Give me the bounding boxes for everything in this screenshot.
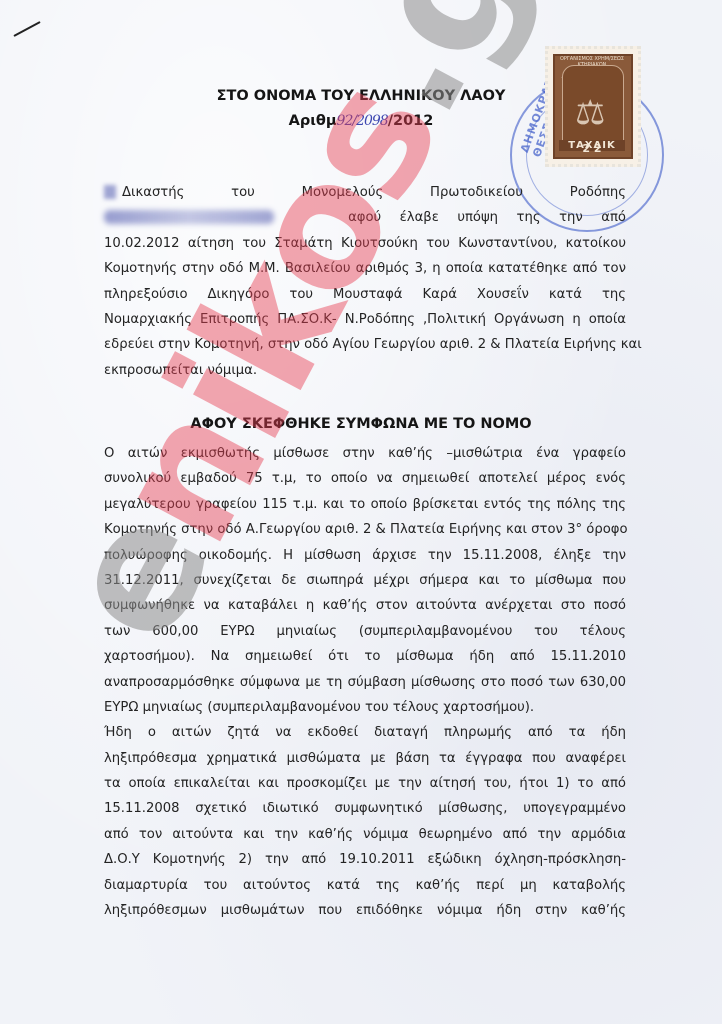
text-line: ληξιπρόθεσμων μισθωμάτων που επιδόθηκε ν… (104, 898, 626, 923)
text-line: Κομοτηνής στην οδό Μ.Μ. Βασιλείου αριθμό… (104, 256, 626, 281)
text-line: 10.02.2012 αίτηση του Σταμάτη Κιουτσούκη… (104, 231, 626, 256)
text-line: των 600,00 ΕΥΡΩ μηνιαίως (συμπεριλαμβανο… (104, 619, 626, 644)
text-line: τα οποία επικαλείται και προσκομίζει με … (104, 771, 626, 796)
text-line: από τον αιτούντα και την καθ’ής νόμιμα θ… (104, 822, 626, 847)
text-line: Δικαστής του Μονομελούς Πρωτοδικείου Ροδ… (104, 180, 626, 205)
text-line: διαμαρτυρία του αιτούντος κατά της καθ’ή… (104, 873, 626, 898)
text-line: αφού έλαβε υπόψη της την από (104, 205, 626, 230)
handwritten-number: 92/2098 (337, 113, 388, 129)
redacted-article (104, 185, 116, 199)
text-line: Νομαρχιακής Επιτροπής ΠΑ.ΣΟ.Κ- Ν.Ροδόπης… (104, 307, 626, 332)
number-prefix: Αριθμ (289, 113, 337, 129)
scanned-document-page: ΔΗΜΟΚΡΑΤΙΑ ΘΕΣΣΑΛΟΝΙΚΗΣ ΟΡΓΑΝΙΣΜΟΣ ΧΡΗΜ/… (0, 0, 722, 1024)
text-line: ΕΥΡΩ μηνιαίως (συμπεριλαμβανομένου του τ… (104, 695, 626, 720)
document-number: Αριθμ92/2098/2012 (0, 113, 722, 129)
number-suffix: /2012 (388, 113, 434, 129)
text-line: συμφωνήθηκε να καταβάλει η καθ’ής στον α… (104, 593, 626, 618)
text-line: Ο αιτών εκμισθωτής μίσθωσε στην καθ’ής –… (104, 441, 626, 466)
text-line: Ήδη ο αιτών ζητά να εκδοθεί διαταγή πληρ… (104, 720, 626, 745)
text-line: εκπροσωπείται νόμιμα. (104, 358, 626, 383)
text-line: ληξιπρόθεσμα χρηματικά μισθώματα με βάση… (104, 746, 626, 771)
revenue-stamp: ΟΡΓΑΝΙΣΜΟΣ ΧΡΗΜ/ΣΕΩΣ ΚΤΗΡΙΑΚΩΝ ΕΓΚΑΤΑΣΤΑ… (545, 46, 641, 167)
text-line: 15.11.2008 σχετικό ιδιωτικό συμφωνητικό … (104, 796, 626, 821)
text-line: Κομοτηνής στην οδό Α.Γεωργίου αριθ. 2 & … (104, 517, 626, 542)
text-line: χαρτοσήμου). Να σημειωθεί ότι το μίσθωμα… (104, 644, 626, 669)
section-title: ΑΦΟΥ ΣΚΕΦΘΗΚΕ ΣΥΜΦΩΝΑ ΜΕ ΤΟ ΝΟΜΟ (0, 416, 722, 432)
stamp-face: ΟΡΓΑΝΙΣΜΟΣ ΧΡΗΜ/ΣΕΩΣ ΚΤΗΡΙΑΚΩΝ ΕΓΚΑΤΑΣΤΑ… (553, 54, 633, 159)
pen-mark (13, 21, 40, 37)
text-line: πληρεξούσιο Δικηγόρο του Μουσταφά Καρά Χ… (104, 282, 626, 307)
stamp-value: 2 2 (559, 142, 625, 155)
text-line: συνολικού εμβαδού 75 τ.μ, το οποίο να ση… (104, 466, 626, 491)
paragraph-intro: Δικαστής του Μονομελούς Πρωτοδικείου Ροδ… (104, 180, 626, 383)
document-heading: ΣΤΟ ΟΝΟΜΑ ΤΟΥ ΕΛΛΗΝΙΚΟΥ ΛΑΟΥ (0, 88, 722, 104)
text-line: μεγαλύτερου γραφείου 115 τ.μ. και το οπο… (104, 492, 626, 517)
text-line: αναπροσαρμόσθηκε σύμφωνα με τη σύμβαση μ… (104, 670, 626, 695)
paragraph-reasoning: Ο αιτών εκμισθωτής μίσθωσε στην καθ’ής –… (104, 441, 626, 923)
text-line: εδρεύει στην Κομοτηνή, στην οδό Αγίου Γε… (104, 332, 626, 357)
text-line: 31.12.2011, συνεχίζεται δε σιωπηρά μέχρι… (104, 568, 626, 593)
text-line: πολυώροφης οικοδομής. Η μίσθωση άρχισε τ… (104, 543, 626, 568)
redacted-judge-name (104, 210, 274, 224)
text-line: Δ.Ο.Υ Κομοτηνής 2) την από 19.10.2011 εξ… (104, 847, 626, 872)
